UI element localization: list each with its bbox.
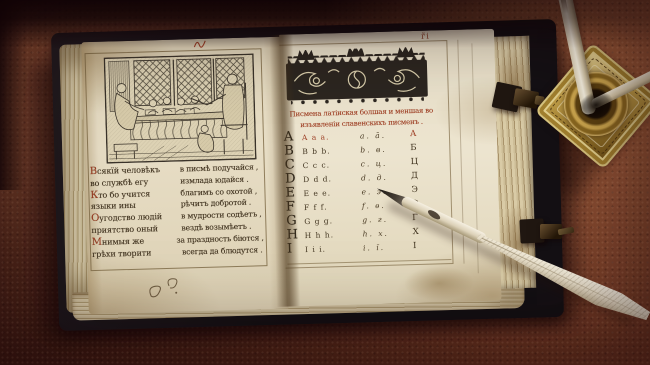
script-forms: a. ā. (360, 130, 408, 140)
cyrillic-equivalent: Ц (409, 157, 419, 167)
page-stain (404, 265, 475, 301)
latin-forms: B b b. (302, 145, 360, 156)
script-forms: c. ц. (361, 158, 409, 168)
latin-forms: E e e. (303, 187, 361, 198)
left-page: Всякїй человѣкъв писмѣ подучайся , во сл… (81, 37, 289, 314)
classroom-woodcut-illustration (104, 53, 257, 163)
right-page: г̃і (279, 29, 502, 307)
script-forms: b. в. (360, 144, 408, 154)
latin-forms: F f f. (304, 201, 362, 212)
latin-forms: C c c. (303, 159, 361, 170)
latin-forms: G g g. (304, 215, 362, 226)
latin-forms: H h h. (305, 229, 363, 240)
cyrillic-equivalent: А (408, 129, 417, 139)
latin-forms: I i i. (305, 243, 363, 254)
ornamental-headpiece-woodcut (284, 47, 431, 108)
cyrillic-equivalent: Б (408, 143, 417, 153)
script-forms: h. х. (363, 228, 411, 238)
ink-doodle (143, 276, 184, 305)
cyrillic-equivalent: Х (410, 227, 418, 237)
photo-antique-primer-scene: Всякїй человѣкъв писмѣ подучайся , во сл… (0, 0, 650, 365)
script-forms: i. ї. (363, 242, 411, 252)
open-book: Всякїй человѣкъв писмѣ подучайся , во сл… (51, 19, 564, 331)
top-edge-shadow (0, 0, 650, 48)
cyrillic-equivalent: Д (409, 171, 418, 181)
verse-text-block: Всякїй человѣкъв писмѣ подучайся , во сл… (90, 161, 265, 260)
cyrillic-equivalent: І (411, 241, 417, 251)
latin-forms: D d d. (303, 173, 361, 184)
latin-forms: A a a. (302, 131, 360, 142)
